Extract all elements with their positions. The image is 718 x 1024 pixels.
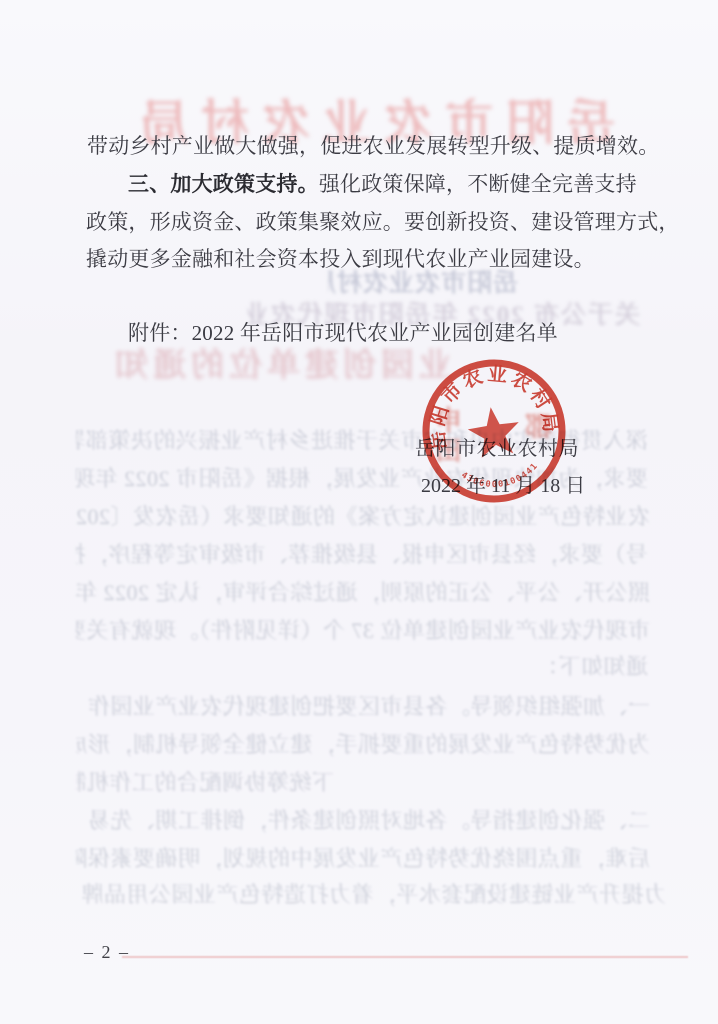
bleedthrough-body-line: 二、强化创建指导。各地对照创建条件，倒排工期、先易 <box>76 808 650 833</box>
bleedthrough-body-line: 通知如下： <box>512 654 648 679</box>
seal-star-icon <box>465 404 523 459</box>
bleedthrough-footer-rule <box>122 956 688 958</box>
bleedthrough-body-line: 市现代农业产业园创建单位 37 个（详见附件）。现就有关要求 <box>76 618 650 643</box>
section-heading-rest: 强化政策保障，不断健全完善支持 <box>319 172 637 196</box>
bleedthrough-body-line: 农业特色产业园创建认定方案》的通知要求（岳农发〔2022〕18 <box>76 504 650 529</box>
bleedthrough-body-line: 照公开、公平、公正的原则，通过综合评审，认定 2022 年岳阳 <box>76 580 650 605</box>
section-heading: 三、加大政策支持。 <box>128 173 319 196</box>
document-page: 岳阳市农业农村局 岳阳市农业农村局 关于公布 2022 年岳阳市现代农业特色产 … <box>0 0 718 1024</box>
bleedthrough-body-line: 下统筹协调配合的工作机制 <box>76 770 334 795</box>
body-line-2: 三、加大政策支持。强化政策保障，不断健全完善支持 <box>128 168 637 198</box>
page-number: – 2 – <box>84 942 130 963</box>
bleedthrough-body-line: 为优势特色产业发展的重要抓手，建立健全领导机制，形成上 <box>76 732 650 757</box>
bleedthrough-subject-line-2: 业园创建单位的通知 <box>96 348 452 386</box>
bleedthrough-sender-line: 岳阳市农业农村局 <box>328 270 518 299</box>
body-line-3: 政策，形成资金、政策集聚效应。要创新投资、建设管理方式， <box>86 206 680 236</box>
bleedthrough-body-line: 号）要求，经县市区申报、县级推荐、市级审定等程序，按 <box>76 542 648 567</box>
bleedthrough-body-line: 一、加强组织领导。各县市区要把创建现代农业产业园作 <box>76 694 650 719</box>
official-seal: 岳阳市农业农村局 4306000100441 <box>409 346 578 515</box>
body-line-1: 带动乡村产业做大做强，促进农业发展转型升级、提质增效。 <box>87 130 659 160</box>
attachment-line: 附件：2022 年岳阳市现代农业产业园创建名单 <box>128 317 558 347</box>
bleedthrough-body-line: 力提升产业链建设配套水平，着力打造特色产业园公用品牌 <box>76 882 666 907</box>
body-line-4: 撬动更多金融和社会资本投入到现代农业产业园建设。 <box>86 243 595 273</box>
bleedthrough-body-line: 后难，重点围绕优势特色产业发展中的规划，明确要素保障，着 <box>76 846 650 871</box>
